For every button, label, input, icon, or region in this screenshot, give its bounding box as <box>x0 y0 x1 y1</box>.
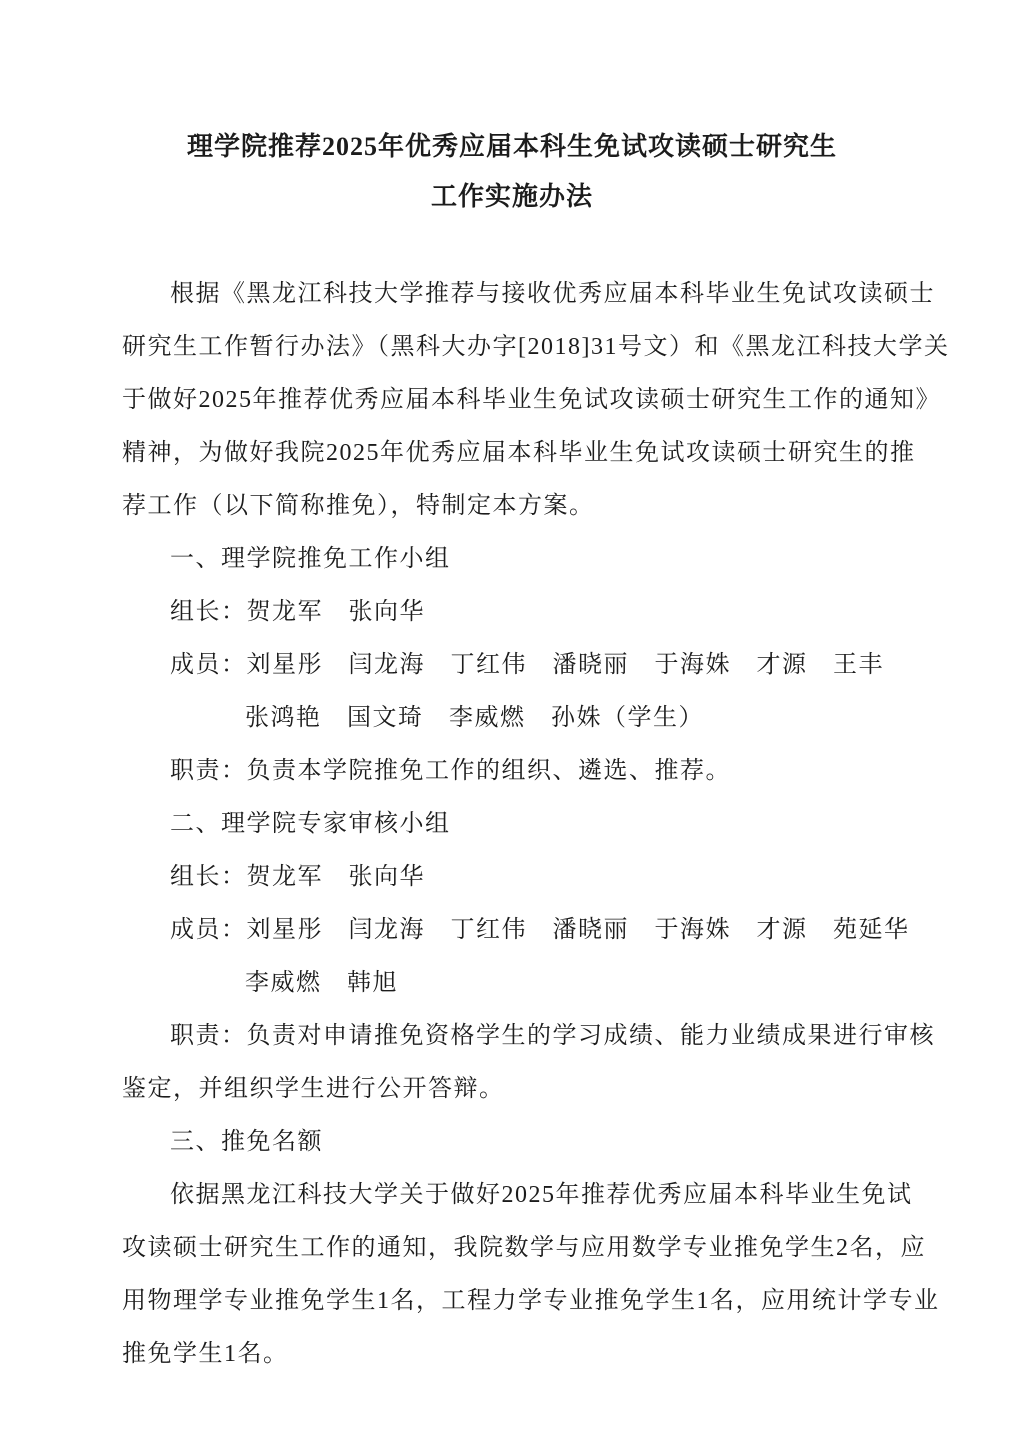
document-line: 于做好2025年推荐优秀应届本科毕业生免试攻读硕士研究生工作的通知》 <box>122 374 924 427</box>
document-line: 职责：负责对申请推免资格学生的学习成绩、能力业绩成果进行审核 <box>122 1010 924 1063</box>
document-line: 研究生工作暂行办法》（黑科大办字[2018]31号文）和《黑龙江科技大学关 <box>122 321 924 374</box>
document-line: 张鸿艳 国文琦 李威燃 孙姝（学生） <box>122 692 924 745</box>
document-line: 组长：贺龙军 张向华 <box>122 851 924 904</box>
document-line: 一、理学院推免工作小组 <box>122 533 924 586</box>
document-line: 根据《黑龙江科技大学推荐与接收优秀应届本科毕业生免试攻读硕士 <box>122 268 924 321</box>
title-line-2: 工作实施办法 <box>122 172 902 222</box>
document-line: 鉴定，并组织学生进行公开答辩。 <box>122 1063 924 1116</box>
document-line: 推免学生1名。 <box>122 1328 924 1381</box>
document-title: 理学院推荐2025年优秀应届本科生免试攻读硕士研究生 工作实施办法 <box>122 122 902 222</box>
document-line: 用物理学专业推免学生1名，工程力学专业推免学生1名，应用统计学专业 <box>122 1275 924 1328</box>
document-line: 三、推免名额 <box>122 1116 924 1169</box>
document-line: 组长：贺龙军 张向华 <box>122 586 924 639</box>
document-line: 李威燃 韩旭 <box>122 957 924 1010</box>
document-line: 荐工作（以下简称推免），特制定本方案。 <box>122 480 924 533</box>
document-line: 依据黑龙江科技大学关于做好2025年推荐优秀应届本科毕业生免试 <box>122 1169 924 1222</box>
document-page: 理学院推荐2025年优秀应届本科生免试攻读硕士研究生 工作实施办法 根据《黑龙江… <box>0 0 1024 1448</box>
document-line: 二、理学院专家审核小组 <box>122 798 924 851</box>
document-line: 攻读硕士研究生工作的通知，我院数学与应用数学专业推免学生2名，应 <box>122 1222 924 1275</box>
document-line: 成员：刘星彤 闫龙海 丁红伟 潘晓丽 于海姝 才源 苑延华 <box>122 904 924 957</box>
document-line: 职责：负责本学院推免工作的组织、遴选、推荐。 <box>122 745 924 798</box>
document-line: 精神，为做好我院2025年优秀应届本科毕业生免试攻读硕士研究生的推 <box>122 427 924 480</box>
document-line: 成员：刘星彤 闫龙海 丁红伟 潘晓丽 于海姝 才源 王丰 <box>122 639 924 692</box>
document-body: 根据《黑龙江科技大学推荐与接收优秀应届本科毕业生免试攻读硕士研究生工作暂行办法》… <box>122 268 924 1381</box>
title-line-1: 理学院推荐2025年优秀应届本科生免试攻读硕士研究生 <box>122 122 902 172</box>
